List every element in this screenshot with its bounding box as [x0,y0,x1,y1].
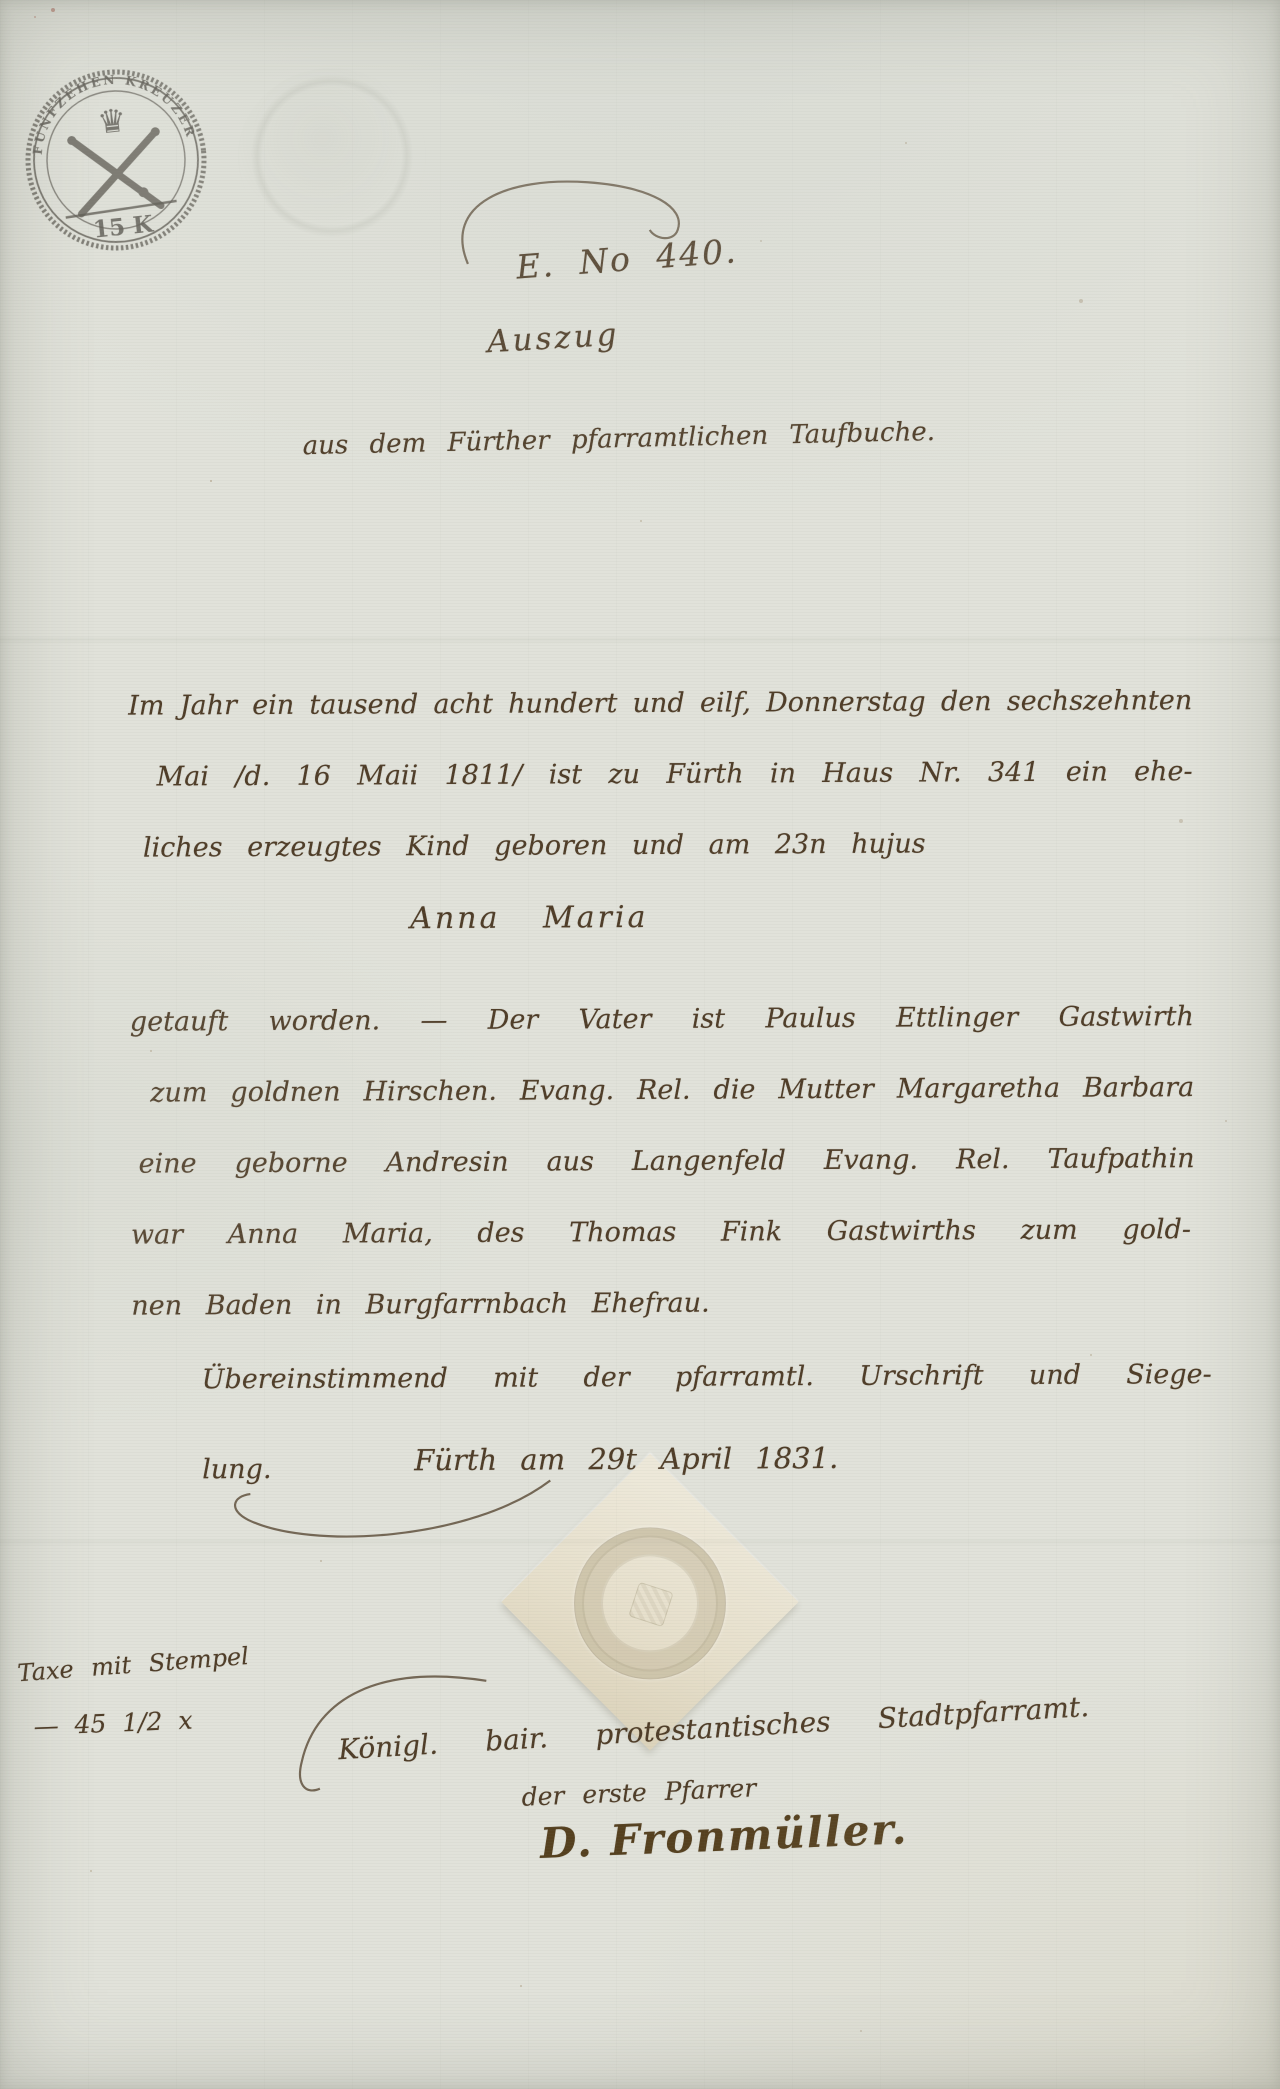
tax-note-amount: — 45 1/2 x [33,1706,193,1741]
child-name: Anna Maria [339,900,719,937]
attestation: Übereinstimmend mit der pfarramtl. Ursch… [202,1359,1213,1516]
paragraph-line: nen Baden in Burgfarrnbach Ehefrau. [131,1287,751,1361]
office-line: Königl. bair. protestantisches Stadtpfar… [337,1690,1090,1766]
paragraph-line: war Anna Maria, des Thomas Fink Gastwirt… [131,1214,1191,1291]
document-title: Auszug [432,314,674,364]
baptism-paragraph: getauft worden. — Der Vater ist Paulus E… [130,1001,1196,1362]
paragraph-line: Im Jahr ein tausend acht hundert und eil… [128,685,1192,762]
ink-speckles [0,0,2,2]
paragraph-line: zum goldnen Hirschen. Evang. Rel. die Mu… [150,1072,1194,1148]
document-subtitle: aus dem Fürther pfarramtlichen Taufbuche… [297,417,942,462]
signatory-title: der erste Pfarrer [508,1773,769,1812]
attestation-line: Übereinstimmend mit der pfarramtl. Ursch… [202,1359,1212,1440]
manuscript-text-layer: E. No 440. Auszug aus dem Fürther pfarra… [0,0,1280,2089]
reference-number: E. No 440. [515,228,777,286]
place-date-line: lung. Fürth am 29t April 1831. [202,1435,1212,1516]
scanned-document-page: FUNFZEHEN KREUZER ♛ 15 K E. No 440. Ausz… [0,0,1280,2089]
place-and-date: Fürth am 29t April 1831. [414,1441,838,1477]
attestation-line-continued: lung. [202,1454,271,1485]
tax-note-label: Taxe mit Stempel [17,1642,250,1687]
paragraph-line: liches erzeugtes Kind geboren und am 23n… [143,829,783,903]
birth-paragraph: Im Jahr ein tausend acht hundert und eil… [128,685,1193,904]
paragraph-line: getauft worden. — Der Vater ist Paulus E… [130,1001,1194,1078]
paragraph-line: eine geborne Andresin aus Langenfeld Eva… [139,1143,1195,1220]
paragraph-line: Mai /d. 16 Maii 1811/ ist zu Fürth in Ha… [157,756,1193,832]
signature: D. Fronmüller. [533,1804,915,1868]
